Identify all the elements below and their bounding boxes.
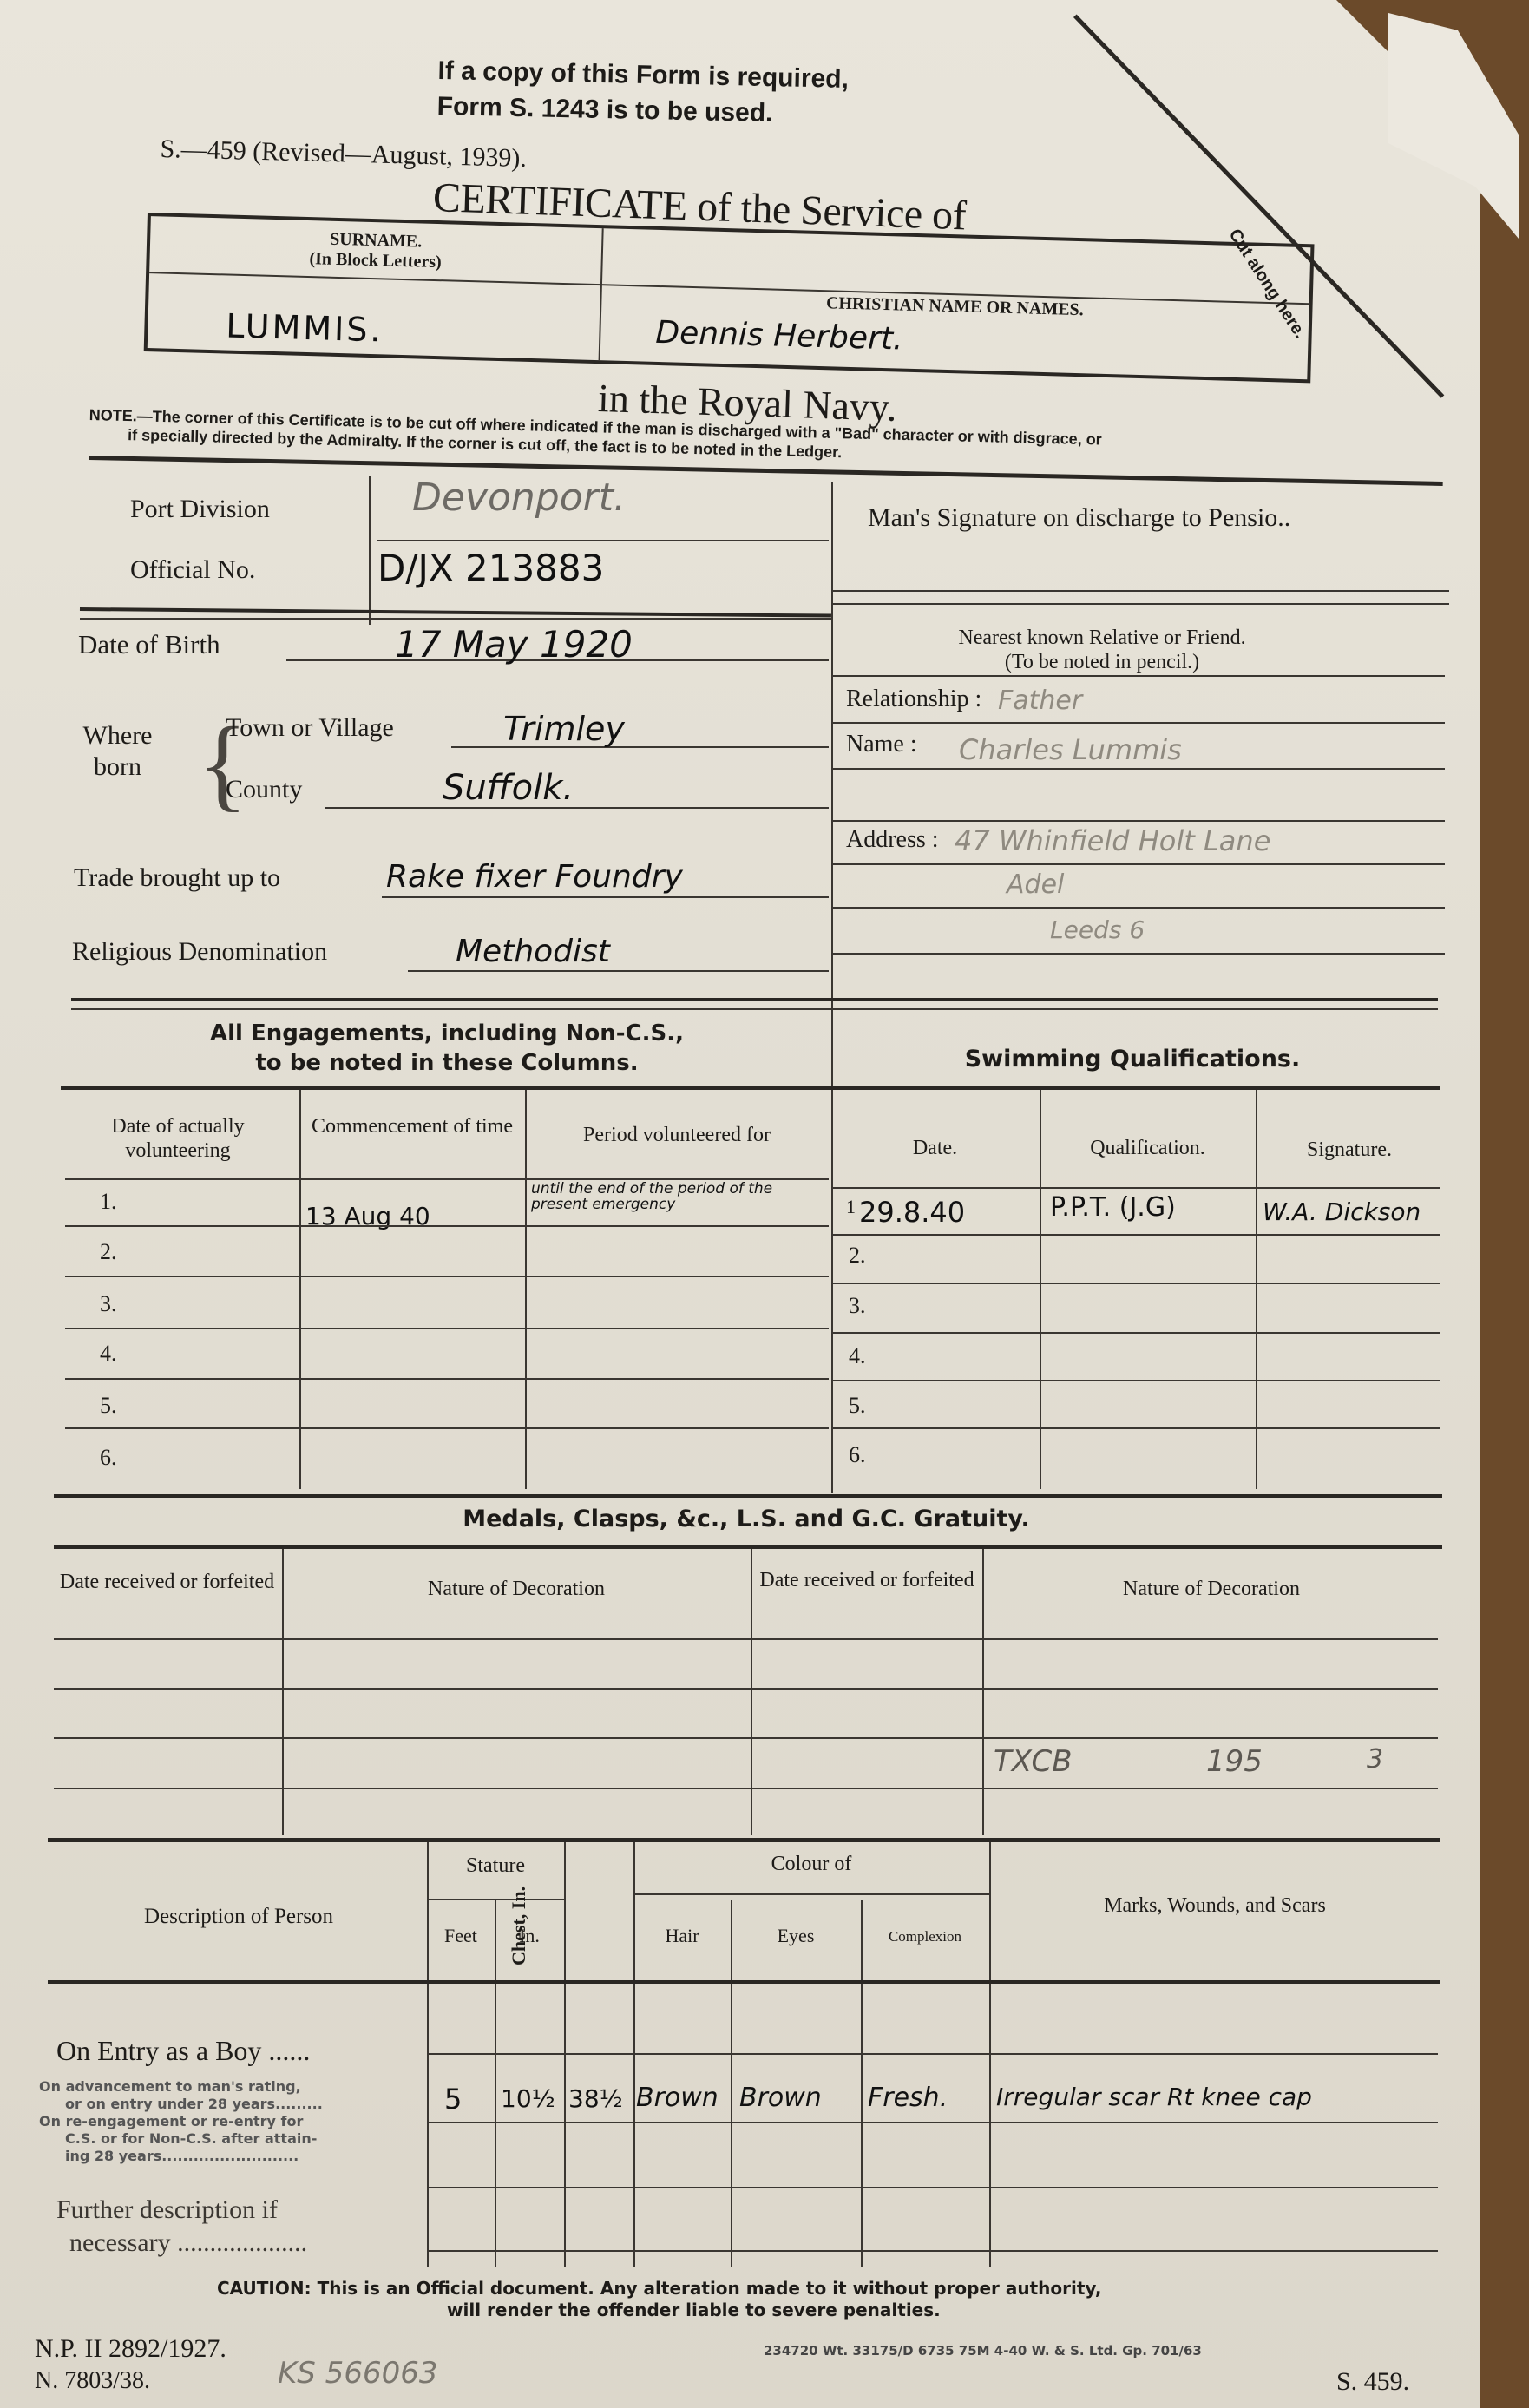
stature-label: Stature <box>427 1854 564 1878</box>
trade-value: Rake fixer Foundry <box>386 859 683 895</box>
swimming-qualification-value: P.P.T. (J.G) <box>1050 1192 1176 1223</box>
port-division-label: Port Division <box>130 495 270 524</box>
medals-col-date-2: Date received or forfeited <box>755 1569 979 1593</box>
row-on-entry-boy: On Entry as a Boy ...... <box>56 2035 310 2067</box>
relationship-label: Relationship : <box>846 686 981 713</box>
engagement-row-num: 5. <box>100 1393 117 1419</box>
medals-col-nature-2: Nature of Decoration <box>986 1578 1437 1602</box>
medal-pencil-entry: TXCB <box>994 1744 1073 1779</box>
where-born-label: Where born <box>76 720 159 783</box>
christian-name-value: Dennis Herbert. <box>655 315 903 358</box>
medal-pencil-year: 195 <box>1206 1744 1263 1779</box>
address-line1: 47 Whinfield Holt Lane <box>955 824 1270 857</box>
dob-value: 17 May 1920 <box>395 623 633 666</box>
caution-text: CAUTION: This is an Official document. A… <box>217 2278 1258 2321</box>
pencil-reference: KS 566063 <box>278 2356 437 2391</box>
engagement-col-period: Period volunteered for <box>529 1124 824 1148</box>
engagement-row-num: 6. <box>100 1445 117 1471</box>
entry-eyes-value: Brown <box>739 2083 822 2113</box>
county-value: Suffolk. <box>443 768 574 808</box>
engagement-row-num: 4. <box>100 1341 117 1367</box>
row-advancement: On advancement to man's rating, or on en… <box>39 2078 421 2165</box>
engagement-row-num: 1. <box>100 1189 117 1215</box>
np-reference: N.P. II 2892/1927. <box>35 2334 226 2364</box>
surname-value: LUMMIS. <box>226 307 384 350</box>
form-code: S.—459 (Revised—August, 1939). <box>160 135 527 174</box>
name-box: SURNAME. (In Block Letters) CHRISTIAN NA… <box>144 213 1315 383</box>
town-value: Trimley <box>503 710 625 748</box>
county-label: County <box>226 775 302 804</box>
port-division-value: Devonport. <box>412 476 626 520</box>
form-number: S. 459. <box>1336 2367 1409 2397</box>
copy-notice: If a copy of this Form is required, Form… <box>436 54 849 133</box>
entry-feet-value: 5 <box>444 2083 462 2116</box>
hair-label: Hair <box>633 1925 731 1947</box>
certificate-page: If a copy of this Form is required, Form… <box>0 0 1480 2408</box>
swimming-row-num: 5. <box>849 1393 866 1419</box>
town-label: Town or Village <box>226 713 394 743</box>
entry-marks-value: Irregular scar Rt knee cap <box>996 2083 1482 2111</box>
medal-pencil-mark: 3 <box>1367 1744 1383 1775</box>
row-further-description: Further description if necessary .......… <box>56 2194 421 2259</box>
relative-heading: Nearest known Relative or Friend. (To be… <box>833 627 1371 674</box>
colour-of-label: Colour of <box>633 1853 989 1876</box>
eyes-label: Eyes <box>731 1925 861 1947</box>
swimming-col-signature: Signature. <box>1258 1138 1440 1163</box>
address-label: Address : <box>846 826 939 854</box>
address-line2: Adel <box>1007 869 1064 900</box>
relative-name-value: Charles Lummis <box>959 733 1182 766</box>
religion-value: Methodist <box>456 934 610 969</box>
engagement-col-commencement: Commencement of time <box>304 1115 521 1139</box>
description-heading: Description of Person <box>52 1905 425 1929</box>
swimming-date-value: 29.8.40 <box>859 1196 965 1229</box>
entry-complexion-value: Fresh. <box>868 2083 948 2113</box>
entry-chest-value: 38½ <box>568 2084 623 2113</box>
signature-label: Man's Signature on discharge to Pensio.. <box>868 503 1290 533</box>
swimming-row-num: 4. <box>849 1343 866 1369</box>
swimming-col-qualification: Qualification. <box>1041 1137 1254 1161</box>
n-reference: N. 7803/38. <box>35 2367 150 2395</box>
medals-col-date-1: Date received or forfeited <box>56 1571 278 1595</box>
swimming-col-date: Date. <box>833 1137 1037 1161</box>
medals-col-nature-1: Nature of Decoration <box>286 1578 746 1602</box>
religion-label: Religious Denomination <box>72 937 327 967</box>
swimming-signature-value: W.A. Dickson <box>1263 1197 1421 1226</box>
swimming-row-num: 3. <box>849 1293 866 1319</box>
chest-label: Chest, In. <box>508 1792 530 1965</box>
swimming-row-num: 2. <box>849 1243 866 1269</box>
dob-label: Date of Birth <box>78 629 220 660</box>
relative-name-label: Name : <box>846 731 917 758</box>
engagement-period-value: until the end of the period of the prese… <box>531 1182 817 1213</box>
entry-inches-value: 10½ <box>501 2084 555 2113</box>
feet-label: Feet <box>427 1925 495 1947</box>
engagement-row-num: 3. <box>100 1291 117 1317</box>
swimming-row-num: 6. <box>849 1442 866 1468</box>
relationship-value: Father <box>998 686 1082 716</box>
surname-label: SURNAME. (In Block Letters) <box>149 225 601 277</box>
printer-line: 234720 Wt. 33175/D 6735 75M 4-40 W. & S.… <box>764 2343 1202 2359</box>
swimming-heading: Swimming Qualifications. <box>833 1046 1432 1073</box>
address-line3: Leeds 6 <box>1050 915 1145 944</box>
official-no-value: D/JX 213883 <box>377 547 604 589</box>
official-no-label: Official No. <box>130 555 255 585</box>
medals-heading: Medals, Clasps, &c., L.S. and G.C. Gratu… <box>52 1506 1440 1532</box>
entry-hair-value: Brown <box>636 2083 719 2113</box>
swimming-row-num: 1 <box>846 1196 856 1218</box>
marks-label: Marks, Wounds, and Scars <box>994 1894 1436 1918</box>
engagements-heading: All Engagements, including Non-C.S., to … <box>69 1020 824 1079</box>
complexion-label: Complexion <box>861 1928 989 1945</box>
trade-label: Trade brought up to <box>74 863 280 893</box>
engagement-col-date: Date of actually volunteering <box>61 1115 295 1163</box>
engagement-row-num: 2. <box>100 1239 117 1265</box>
